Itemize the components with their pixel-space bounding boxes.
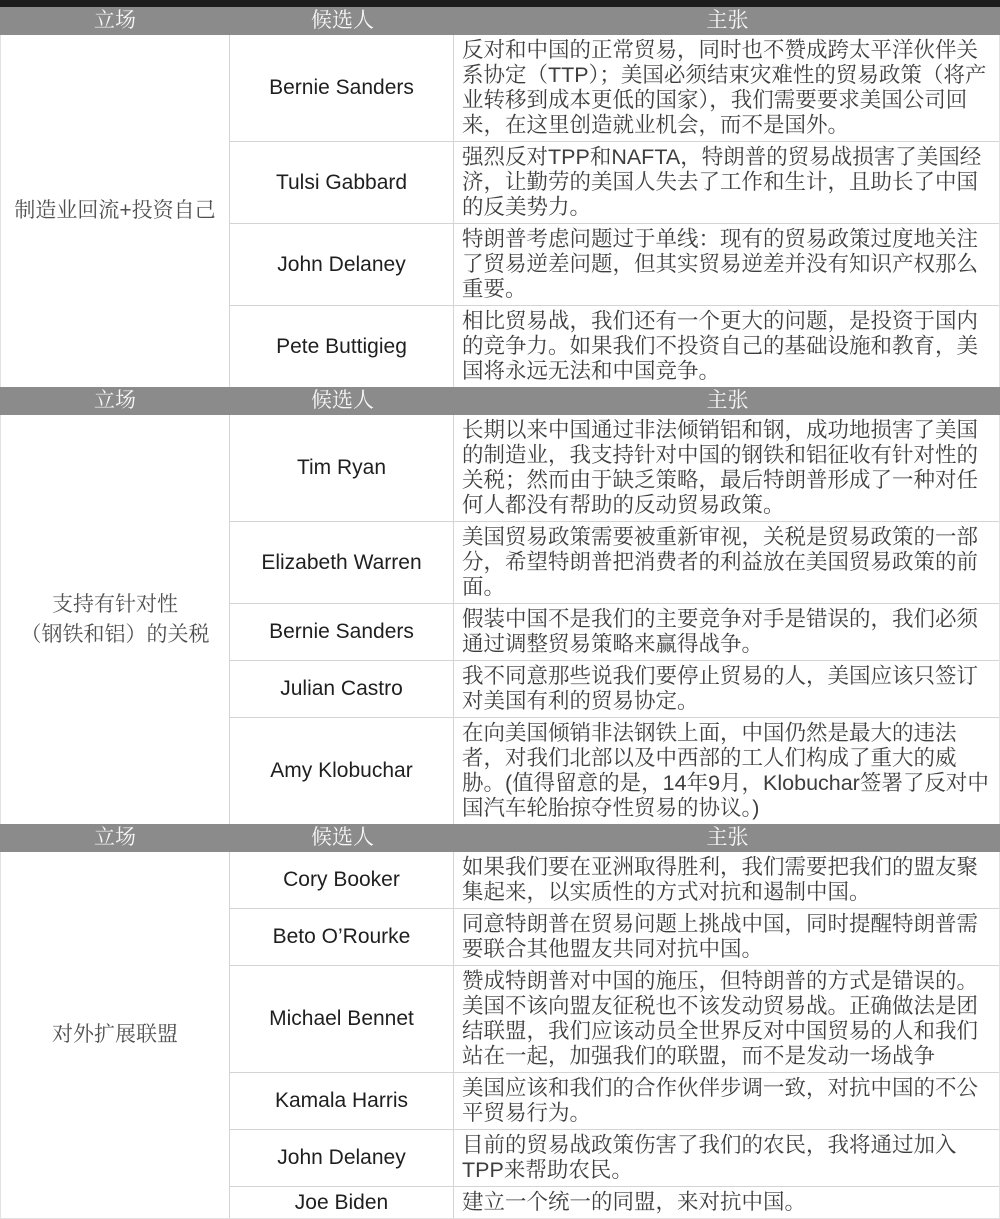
candidate-name: John Delaney (230, 224, 454, 305)
claim-text: 强烈反对TPP和NAFTA，特朗普的贸易战损害了美国经济，让勤劳的美国人失去了工… (454, 142, 999, 223)
table-header-row: 立场 候选人 主张 (0, 824, 1000, 852)
table-row: Bernie Sanders 反对和中国的正常贸易，同时也不赞成跨太平洋伙伴关系… (230, 35, 999, 141)
column-header-position: 立场 (0, 387, 230, 415)
table-row: Amy Klobuchar 在向美国倾销非法钢铁上面，中国仍然是最大的违法者，对… (230, 717, 999, 824)
candidate-rows: Bernie Sanders 反对和中国的正常贸易，同时也不赞成跨太平洋伙伴关系… (230, 35, 999, 387)
candidate-name: Amy Klobuchar (230, 718, 454, 824)
claim-text: 如果我们要在亚洲取得胜利，我们需要把我们的盟友聚集起来，以实质性的方式对抗和遏制… (454, 852, 999, 908)
table-header-row: 立场 候选人 主张 (0, 387, 1000, 415)
claim-text: 赞成特朗普对中国的施压，但特朗普的方式是错误的。美国不该向盟友征税也不该发动贸易… (454, 966, 999, 1072)
candidate-name: Michael Bennet (230, 966, 454, 1072)
column-header-candidate: 候选人 (230, 824, 455, 852)
table-row: Julian Castro 我不同意那些说我们要停止贸易的人，美国应该只签订对美… (230, 660, 999, 717)
claim-text: 目前的贸易战政策伤害了我们的农民，我将通过加入TPP来帮助农民。 (454, 1130, 999, 1186)
position-cell: 支持有针对性 （钢铁和铝）的关税 (1, 415, 230, 824)
candidate-name: Joe Biden (230, 1187, 454, 1218)
top-border-bar (0, 0, 1000, 7)
positions-table: 立场 候选人 主张 制造业回流+投资自己 Bernie Sanders 反对和中… (0, 7, 1000, 1219)
table-row: Michael Bennet 赞成特朗普对中国的施压，但特朗普的方式是错误的。美… (230, 965, 999, 1072)
claim-text: 我不同意那些说我们要停止贸易的人，美国应该只签订对美国有利的贸易协定。 (454, 661, 999, 717)
claim-text: 美国贸易政策需要被重新审视，关税是贸易政策的一部分，希望特朗普把消费者的利益放在… (454, 522, 999, 603)
comparison-table-page: 立场 候选人 主张 制造业回流+投资自己 Bernie Sanders 反对和中… (0, 0, 1000, 1219)
candidate-name: Bernie Sanders (230, 35, 454, 141)
table-row: Pete Buttigieg 相比贸易战，我们还有一个更大的问题，是投资于国内的… (230, 305, 999, 387)
table-section-body: 对外扩展联盟 Cory Booker 如果我们要在亚洲取得胜利，我们需要把我们的… (0, 852, 1000, 1219)
table-section: 立场 候选人 主张 对外扩展联盟 Cory Booker 如果我们要在亚洲取得胜… (0, 824, 1000, 1219)
table-row: Kamala Harris 美国应该和我们的合作伙伴步调一致，对抗中国的不公平贸… (230, 1072, 999, 1129)
column-header-claim: 主张 (455, 387, 1000, 415)
column-header-claim: 主张 (455, 824, 1000, 852)
claim-text: 假装中国不是我们的主要竞争对手是错误的，我们必须通过调整贸易策略来赢得战争。 (454, 604, 999, 660)
candidate-name: Kamala Harris (230, 1073, 454, 1129)
column-header-position: 立场 (0, 824, 230, 852)
table-row: Tulsi Gabbard 强烈反对TPP和NAFTA，特朗普的贸易战损害了美国… (230, 141, 999, 223)
claim-text: 在向美国倾销非法钢铁上面，中国仍然是最大的违法者，对我们北部以及中西部的工人们构… (454, 718, 999, 824)
table-row: Elizabeth Warren 美国贸易政策需要被重新审视，关税是贸易政策的一… (230, 521, 999, 603)
candidate-name: Tulsi Gabbard (230, 142, 454, 223)
table-row: Cory Booker 如果我们要在亚洲取得胜利，我们需要把我们的盟友聚集起来，… (230, 852, 999, 908)
column-header-position: 立场 (0, 7, 230, 35)
claim-text: 相比贸易战，我们还有一个更大的问题，是投资于国内的竞争力。如果我们不投资自己的基… (454, 306, 999, 387)
table-header-row: 立场 候选人 主张 (0, 7, 1000, 35)
table-row: John Delaney 特朗普考虑问题过于单线：现有的贸易政策过度地关注了贸易… (230, 223, 999, 305)
table-row: Beto O’Rourke 同意特朗普在贸易问题上挑战中国，同时提醒特朗普需要联… (230, 908, 999, 965)
candidate-rows: Tim Ryan 长期以来中国通过非法倾销铝和钢，成功地损害了美国的制造业，我支… (230, 415, 999, 824)
candidate-name: Beto O’Rourke (230, 909, 454, 965)
column-header-candidate: 候选人 (230, 7, 455, 35)
candidate-name: Bernie Sanders (230, 604, 454, 660)
table-section: 立场 候选人 主张 制造业回流+投资自己 Bernie Sanders 反对和中… (0, 7, 1000, 387)
table-section-body: 支持有针对性 （钢铁和铝）的关税 Tim Ryan 长期以来中国通过非法倾销铝和… (0, 415, 1000, 824)
candidate-name: Julian Castro (230, 661, 454, 717)
claim-text: 美国应该和我们的合作伙伴步调一致，对抗中国的不公平贸易行为。 (454, 1073, 999, 1129)
claim-text: 建立一个统一的同盟，来对抗中国。 (454, 1187, 999, 1218)
candidate-name: Elizabeth Warren (230, 522, 454, 603)
table-row: Bernie Sanders 假装中国不是我们的主要竞争对手是错误的，我们必须通… (230, 603, 999, 660)
table-section: 立场 候选人 主张 支持有针对性 （钢铁和铝）的关税 Tim Ryan 长期以来… (0, 387, 1000, 824)
table-section-body: 制造业回流+投资自己 Bernie Sanders 反对和中国的正常贸易，同时也… (0, 35, 1000, 387)
candidate-name: Cory Booker (230, 852, 454, 908)
column-header-claim: 主张 (455, 7, 1000, 35)
candidate-name: Pete Buttigieg (230, 306, 454, 387)
column-header-candidate: 候选人 (230, 387, 455, 415)
candidate-rows: Cory Booker 如果我们要在亚洲取得胜利，我们需要把我们的盟友聚集起来，… (230, 852, 999, 1218)
claim-text: 同意特朗普在贸易问题上挑战中国，同时提醒特朗普需要联合其他盟友共同对抗中国。 (454, 909, 999, 965)
table-row: John Delaney 目前的贸易战政策伤害了我们的农民，我将通过加入TPP来… (230, 1129, 999, 1186)
claim-text: 反对和中国的正常贸易，同时也不赞成跨太平洋伙伴关系协定（TTP）；美国必须结束灾… (454, 35, 999, 141)
candidate-name: Tim Ryan (230, 415, 454, 521)
position-cell: 对外扩展联盟 (1, 852, 230, 1218)
candidate-name: John Delaney (230, 1130, 454, 1186)
claim-text: 特朗普考虑问题过于单线：现有的贸易政策过度地关注了贸易逆差问题，但其实贸易逆差并… (454, 224, 999, 305)
table-row: Tim Ryan 长期以来中国通过非法倾销铝和钢，成功地损害了美国的制造业，我支… (230, 415, 999, 521)
position-cell: 制造业回流+投资自己 (1, 35, 230, 387)
claim-text: 长期以来中国通过非法倾销铝和钢，成功地损害了美国的制造业，我支持针对中国的钢铁和… (454, 415, 999, 521)
